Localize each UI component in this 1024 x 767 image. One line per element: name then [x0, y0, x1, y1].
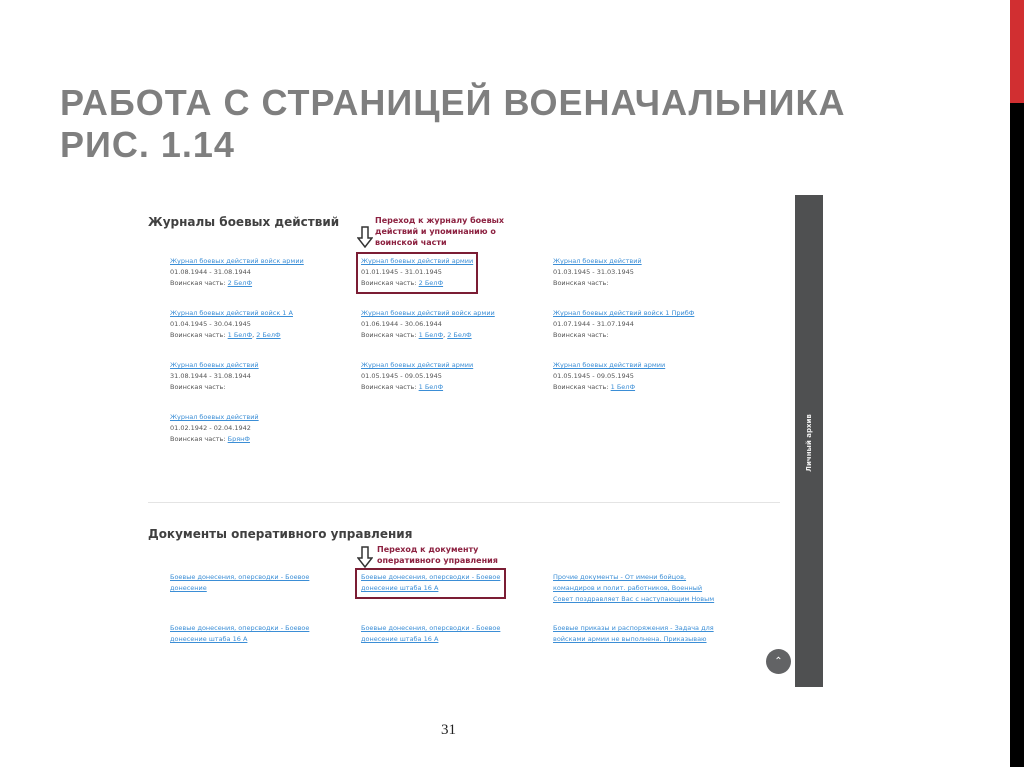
journal-dates: 01.08.1944 - 31.08.1944 — [170, 267, 355, 278]
unit-label: Воинская часть: — [361, 331, 419, 339]
scroll-top-button[interactable]: ⌃ — [766, 649, 791, 674]
journal-entry: Журнал боевых действий01.03.1945 - 31.03… — [553, 256, 738, 289]
arrow-down-icon — [357, 226, 373, 248]
slide-title-line1: РАБОТА С СТРАНИЦЕЙ ВОЕНАЧАЛЬНИКА — [60, 82, 960, 124]
journal-units: Воинская часть: БрянФ — [170, 434, 355, 445]
document-link[interactable]: Прочие документы - От имени бойцов, кома… — [553, 572, 718, 605]
accent-bar-black — [1010, 103, 1024, 767]
journal-link[interactable]: Журнал боевых действий армии — [361, 360, 546, 371]
journal-entry: Журнал боевых действий войск армии01.06.… — [361, 308, 546, 341]
unit-label: Воинская часть: — [170, 279, 228, 287]
journal-entry: Журнал боевых действий01.02.1942 - 02.04… — [170, 412, 355, 445]
unit-link[interactable]: 1 БелФ — [419, 383, 443, 391]
journal-dates: 01.03.1945 - 31.03.1945 — [553, 267, 738, 278]
journal-link[interactable]: Журнал боевых действий войск 1 А — [170, 308, 355, 319]
chevron-up-icon: ⌃ — [774, 656, 782, 667]
journal-units: Воинская часть: — [553, 330, 738, 341]
journal-link[interactable]: Журнал боевых действий войск армии — [170, 256, 355, 267]
journal-annotation: Переход к журналу боевых действий и упом… — [375, 215, 510, 248]
unit-link[interactable]: 2 БелФ — [256, 331, 280, 339]
unit-link[interactable]: БрянФ — [228, 435, 250, 443]
documents-section-title: Документы оперативного управления — [148, 527, 412, 541]
document-link[interactable]: Боевые донесения, оперсводки - Боевое до… — [170, 572, 335, 594]
unit-label: Воинская часть: — [361, 383, 419, 391]
document-annotation: Переход к документу оперативного управле… — [377, 544, 502, 566]
journal-link[interactable]: Журнал боевых действий — [553, 256, 738, 267]
journal-entry: Журнал боевых действий армии01.05.1945 -… — [361, 360, 546, 393]
journal-units: Воинская часть: 1 БелФ — [361, 382, 546, 393]
journal-entry: Журнал боевых действий войск 1 А01.04.19… — [170, 308, 355, 341]
journal-units: Воинская часть: 1 БелФ, 2 БелФ — [170, 330, 355, 341]
unit-label: Воинская часть: — [553, 383, 611, 391]
unit-link[interactable]: 1 БелФ — [611, 383, 635, 391]
document-link[interactable]: Боевые приказы и распоряжения - Задача д… — [553, 623, 718, 645]
document-link[interactable]: Боевые донесения, оперсводки - Боевое до… — [361, 623, 526, 645]
journal-entry: Журнал боевых действий войск армии01.08.… — [170, 256, 355, 289]
unit-label: Воинская часть: — [553, 279, 609, 287]
personal-archive-panel[interactable]: Личный архив — [795, 195, 823, 687]
journal-units: Воинская часть: — [553, 278, 738, 289]
journal-link[interactable]: Журнал боевых действий войск 1 ПрибФ — [553, 308, 738, 319]
journal-entry: Журнал боевых действий армии01.05.1945 -… — [553, 360, 738, 393]
arrow-down-icon — [357, 546, 373, 568]
journals-section-title: Журналы боевых действий — [148, 215, 339, 229]
journal-dates: 01.02.1942 - 02.04.1942 — [170, 423, 355, 434]
unit-label: Воинская часть: — [170, 435, 228, 443]
journal-units: Воинская часть: 1 БелФ — [553, 382, 738, 393]
journal-units: Воинская часть: — [170, 382, 355, 393]
unit-link[interactable]: 1 БелФ — [228, 331, 252, 339]
slide-title: РАБОТА С СТРАНИЦЕЙ ВОЕНАЧАЛЬНИКА РИС. 1.… — [60, 82, 960, 166]
journal-link[interactable]: Журнал боевых действий войск армии — [361, 308, 546, 319]
journal-units: Воинская часть: 1 БелФ, 2 БелФ — [361, 330, 546, 341]
document-link[interactable]: Боевые донесения, оперсводки - Боевое до… — [170, 623, 335, 645]
journal-dates: 01.06.1944 - 30.06.1944 — [361, 319, 546, 330]
journal-link[interactable]: Журнал боевых действий — [170, 412, 355, 423]
journal-dates: 01.05.1945 - 09.05.1945 — [553, 371, 738, 382]
unit-label: Воинская часть: — [170, 331, 228, 339]
accent-bar-red — [1010, 0, 1024, 103]
journal-link[interactable]: Журнал боевых действий — [170, 360, 355, 371]
personal-archive-label: Личный архив — [805, 414, 813, 472]
document-link[interactable]: Боевые донесения, оперсводки - Боевое до… — [361, 572, 526, 594]
unit-label: Воинская часть: — [170, 383, 226, 391]
journal-link[interactable]: Журнал боевых действий армии — [553, 360, 738, 371]
unit-link[interactable]: 2 БелФ — [447, 331, 471, 339]
journal-units: Воинская часть: 2 БелФ — [170, 278, 355, 289]
journal-dates: 01.04.1945 - 30.04.1945 — [170, 319, 355, 330]
journal-dates: 01.05.1945 - 09.05.1945 — [361, 371, 546, 382]
unit-label: Воинская часть: — [553, 331, 609, 339]
journal-entry: Журнал боевых действий войск 1 ПрибФ01.0… — [553, 308, 738, 341]
slide-title-line2: РИС. 1.14 — [60, 124, 960, 166]
section-divider — [148, 502, 780, 503]
journal-dates: 31.08.1944 - 31.08.1944 — [170, 371, 355, 382]
unit-link[interactable]: 2 БелФ — [228, 279, 252, 287]
unit-link[interactable]: 1 БелФ — [419, 331, 443, 339]
journal-entry: Журнал боевых действий31.08.1944 - 31.08… — [170, 360, 355, 393]
journal-highlight-box — [356, 252, 478, 294]
page-number: 31 — [441, 722, 456, 739]
journal-dates: 01.07.1944 - 31.07.1944 — [553, 319, 738, 330]
